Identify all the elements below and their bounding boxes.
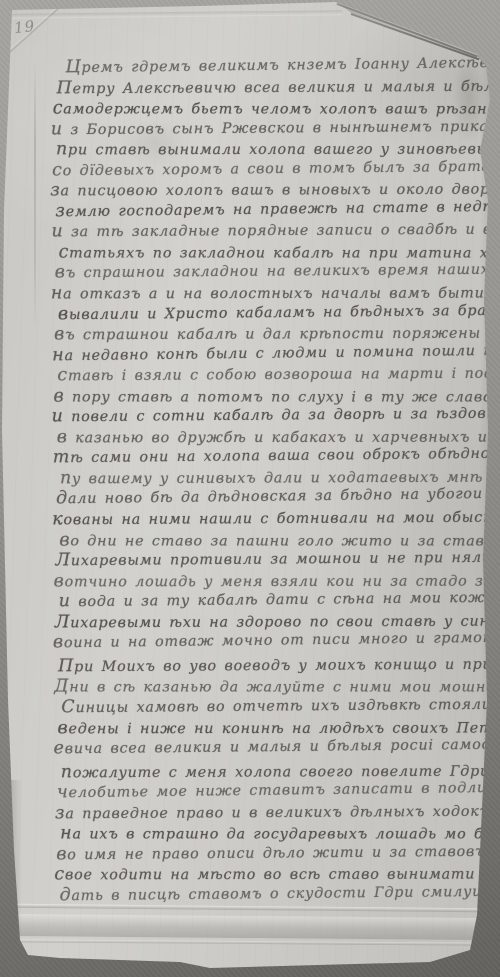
manuscript-line: кованы на ними нашли с ботнивали на мои … (52, 507, 490, 530)
manuscript-line: вывалили и Христо кабаламъ на бѣдныхъ за… (58, 299, 489, 324)
manuscript-photograph: 19 Цремъ гдремъ великимъ кнземъ Іоанну А… (0, 0, 500, 977)
manuscript-line: Петру Алексѣевичю всеа великия и малыя и… (57, 75, 488, 98)
manuscript-page: 19 Цремъ гдремъ великимъ кнземъ Іоанну А… (0, 0, 500, 977)
left-fold-crease (34, 60, 36, 330)
folio-number: 19 (13, 17, 36, 37)
manuscript-line: въ спрашнои закладнои на великихъ время … (55, 259, 489, 283)
manuscript-line: и вода и за ту кабалѣ дати с сѣна на мои… (59, 587, 491, 612)
handwritten-text-block: Цремъ гдремъ великимъ кнземъ Іоанну Алек… (49, 55, 492, 906)
manuscript-line: тѣ сами они на холопа ваша свои оброкъ о… (53, 443, 490, 468)
top-edge-crease (12, 10, 342, 18)
manuscript-line: евича всеа великия и малыя и бѣлыя росиі… (54, 734, 492, 759)
bottom-fold-band (2, 914, 492, 940)
manuscript-line: землю господаремъ на правежѣ на стате в … (55, 196, 488, 222)
manuscript-line: Цремъ гдремъ великимъ кнземъ Іоанну Алек… (65, 52, 487, 78)
manuscript-line: и з Борисовъ сынъ Ржевскои в нынѣшнемъ п… (51, 115, 488, 139)
manuscript-line: дали ново бѣ да дѣдновская за бѣдно на у… (56, 483, 490, 509)
manuscript-line: челобитье мое ниже ставитъ записати в по… (57, 777, 492, 803)
manuscript-line: во имя не право описи дѣло жити и за ста… (56, 841, 492, 865)
manuscript-line: Синицы хамовѣ во отчетѣ ихъ издѣвкѣ стоя… (61, 694, 491, 718)
left-edge-shadow (10, 780, 22, 960)
manuscript-line: и повели с сотни кабалѣ да за дворѣ и за… (52, 403, 490, 427)
manuscript-line: дать в писцѣ ставомъ о скудости Гдри сми… (59, 881, 492, 906)
manuscript-line: При Моихъ во уво воеводъ у моихъ конищо … (58, 654, 491, 677)
manuscript-line: ставѣ і взяли с собою возвороша на марти… (57, 363, 489, 386)
corner-crease (0, 0, 73, 61)
manuscript-line: воина и на отваж мочно от писи много и г… (53, 627, 491, 653)
manuscript-line: за праведное право и в великихъ дѣлныхъ … (55, 800, 492, 823)
manuscript-line: Лихаревыми противили за мошнои и не при … (55, 547, 490, 571)
manuscript-line: и за тѣ закладные порядные записи о свад… (51, 219, 488, 242)
manuscript-line: со дїдевыхъ хоромъ а свои в томъ былъ за… (52, 156, 488, 181)
bottom-fold-ridge (0, 939, 494, 945)
